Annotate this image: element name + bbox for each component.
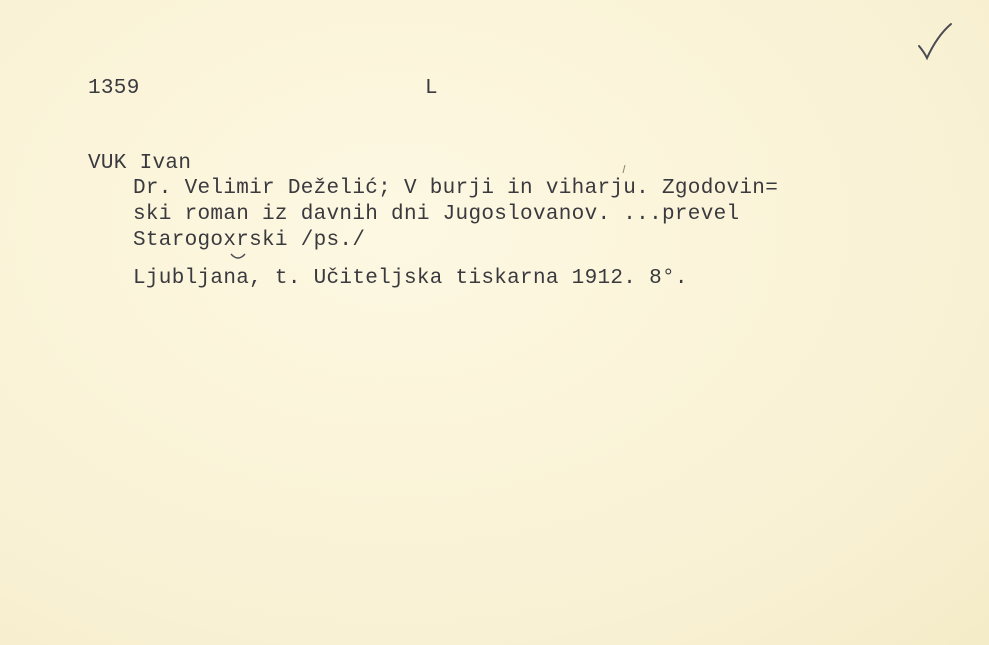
entry-line-3: Starogoxrski /ps./ bbox=[133, 230, 365, 251]
author-heading: VUK Ivan bbox=[88, 153, 191, 174]
imprint-line: Ljubljana, t. Učiteljska tiskarna 1912. … bbox=[133, 268, 688, 289]
pen-tick-icon bbox=[622, 165, 626, 173]
check-mark-icon bbox=[915, 22, 955, 62]
breve-mark-icon bbox=[230, 253, 246, 261]
card-code: L bbox=[425, 78, 438, 99]
entry-line-1: Dr. Velimir Deželić; V burji in viharju.… bbox=[133, 178, 778, 199]
card-number: 1359 bbox=[88, 78, 140, 99]
entry-line-2: ski roman iz davnih dni Jugoslovanov. ..… bbox=[133, 204, 739, 225]
